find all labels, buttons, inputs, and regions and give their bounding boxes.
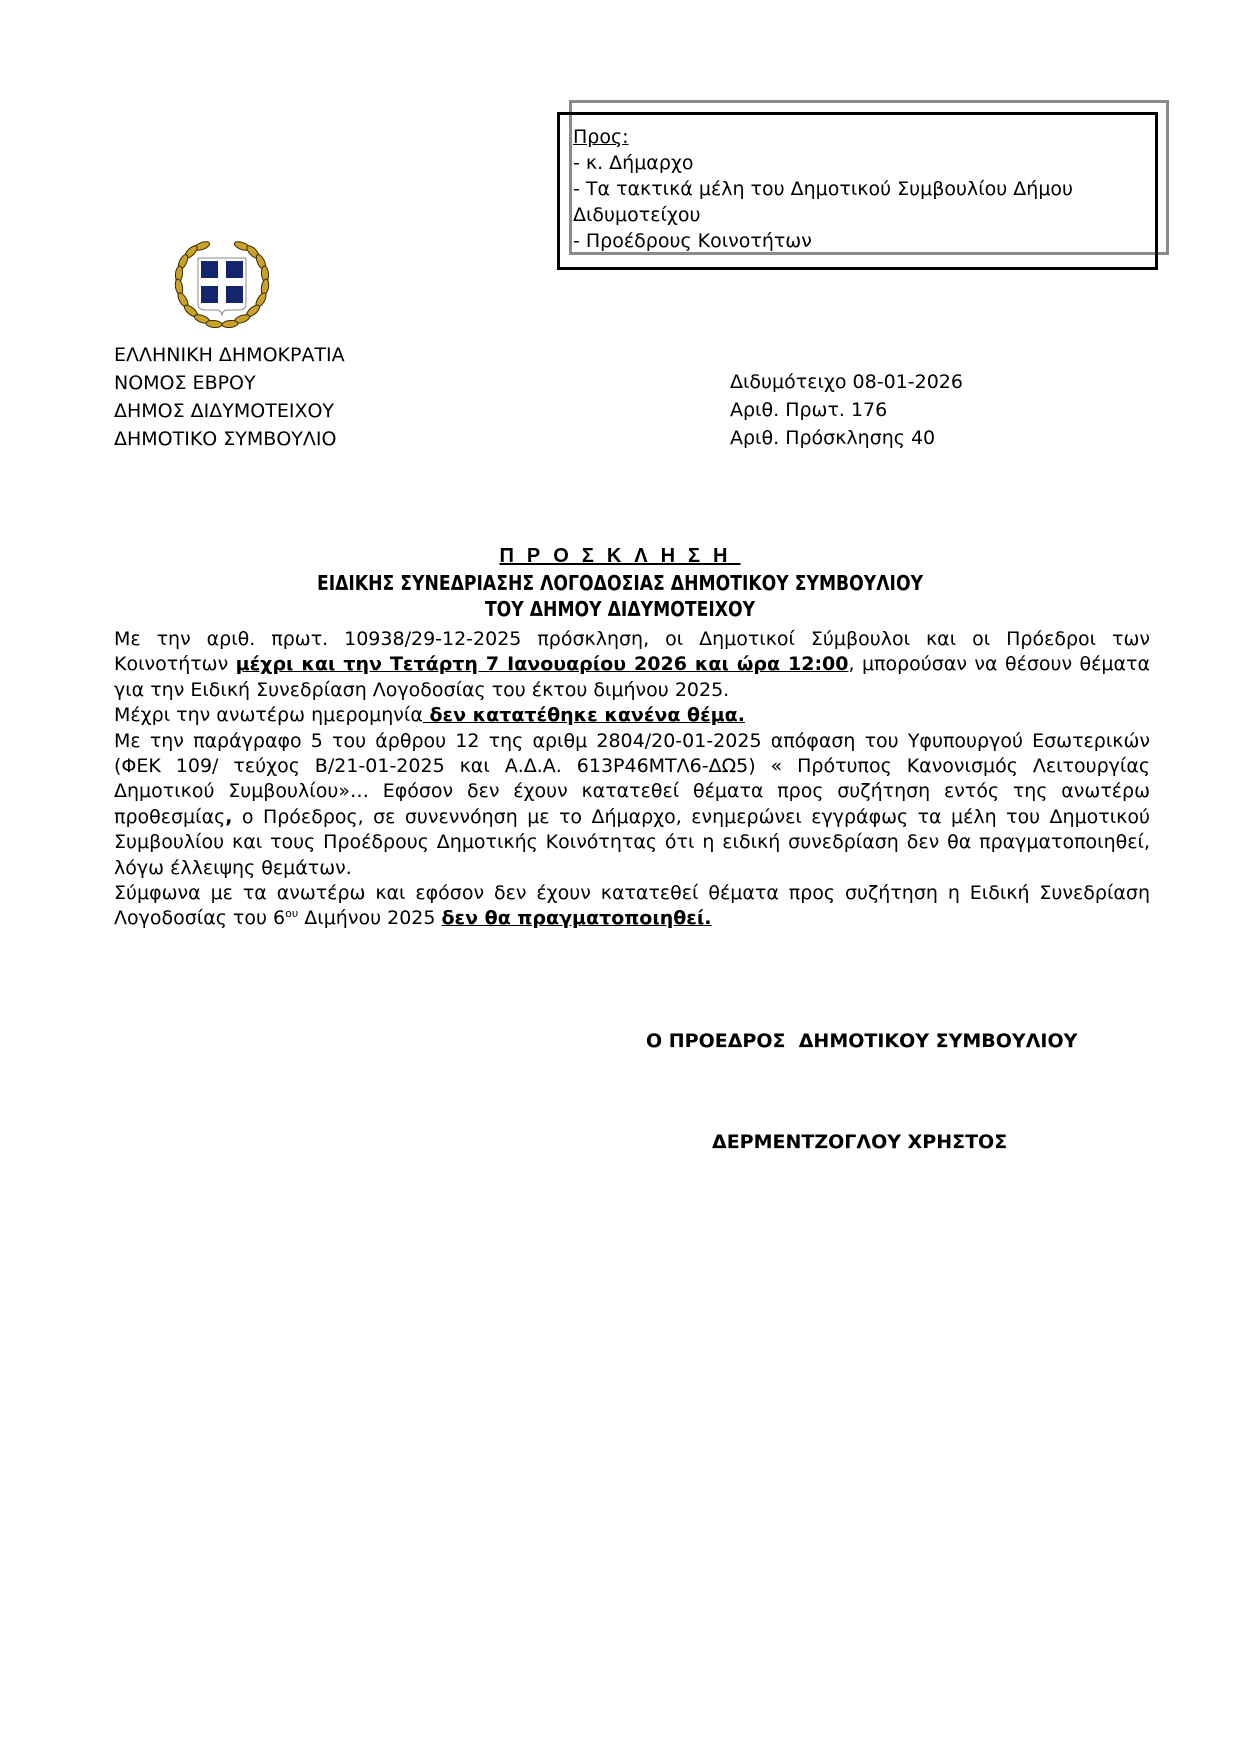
document-subtitle: ΕΙΔΙΚΗΣ ΣΥΝΕΔΡΙΑΣΗΣ ΛΟΓΟΔΟΣΙΑΣ ΔΗΜΟΤΙΚΟΥ… [87, 571, 1153, 595]
issuer-country: ΕΛΛΗΝΙΚΗ ΔΗΜΟΚΡΑΤΙΑ [114, 341, 345, 369]
recipients-list: Προς: - κ. Δήμαρχο - Τα τακτικά μέλη του… [573, 124, 1148, 254]
paragraph-1: Με την αριθ. πρωτ. 10938/29-12-2025 πρόσ… [114, 627, 1150, 703]
recipient-item: Διδυμοτείχου [573, 202, 1148, 228]
protocol-number: Αριθ. Πρωτ. 176 [730, 396, 963, 424]
issuer-council: ΔΗΜΟΤΙΚΟ ΣΥΜΒΟΥΛΙΟ [114, 425, 345, 453]
issuer-prefecture: ΝΟΜΟΣ ΕΒΡΟΥ [114, 369, 345, 397]
reference-block: Διδυμότειχο 08-01-2026 Αριθ. Πρωτ. 176 Α… [730, 368, 963, 452]
cancellation-emphasis: δεν θα πραγματοποιηθεί. [442, 907, 712, 929]
paragraph-3: Με την παράγραφο 5 του άρθρου 12 της αρι… [114, 729, 1150, 881]
issuer-municipality: ΔΗΜΟΣ ΔΙΔΥΜΟΤΕΙΧΟΥ [114, 397, 345, 425]
paragraph-text: Μέχρι την ανωτέρω ημερομηνία [114, 704, 423, 726]
no-topics-emphasis: δεν κατατέθηκε κανένα θέμα. [423, 704, 745, 726]
signatory-name: ΔΕΡΜΕΝΤΖΟΓΛΟΥ ΧΡΗΣΤΟΣ [712, 1131, 1007, 1153]
issuer-block: ΕΛΛΗΝΙΚΗ ΔΗΜΟΚΡΑΤΙΑ ΝΟΜΟΣ ΕΒΡΟΥ ΔΗΜΟΣ ΔΙ… [114, 341, 345, 453]
deadline-emphasis: μέχρι και την Τετάρτη 7 Ιανουαρίου 2026 … [236, 653, 849, 675]
greek-coat-of-arms-icon [172, 238, 272, 334]
recipient-item: - κ. Δήμαρχο [573, 150, 1148, 176]
invitation-number: Αριθ. Πρόσκλησης 40 [730, 424, 963, 452]
document-title: ΠΡΟΣΚΛΗΣΗ [0, 545, 1240, 568]
paragraph-2: Μέχρι την ανωτέρω ημερομηνία δεν κατατέθ… [114, 703, 1150, 728]
recipient-item: - Προέδρους Κοινοτήτων [573, 228, 1148, 254]
recipient-item: - Τα τακτικά μέλη του Δημοτικού Συμβουλί… [573, 176, 1148, 202]
place-date: Διδυμότειχο 08-01-2026 [730, 368, 963, 396]
recipients-heading: Προς: [573, 124, 1148, 150]
signatory-title: Ο ΠΡΟΕΔΡΟΣ ΔΗΜΟΤΙΚΟΥ ΣΥΜΒΟΥΛΙΟΥ [646, 1030, 1077, 1052]
document-subtitle-municipality: ΤΟΥ ΔΗΜΟΥ ΔΙΔΥΜΟΤΕΙΧΟΥ [87, 597, 1153, 621]
paragraph-text: Διμήνου 2025 [298, 907, 441, 929]
document-body: Με την αριθ. πρωτ. 10938/29-12-2025 πρόσ… [114, 627, 1150, 932]
paragraph-4: Σύμφωνα με τα ανωτέρω και εφόσον δεν έχο… [114, 881, 1150, 932]
paragraph-text: ο Πρόεδρος, σε συνεννόηση με το Δήμαρχο,… [114, 806, 1150, 879]
ordinal-suffix: ου [285, 907, 298, 920]
